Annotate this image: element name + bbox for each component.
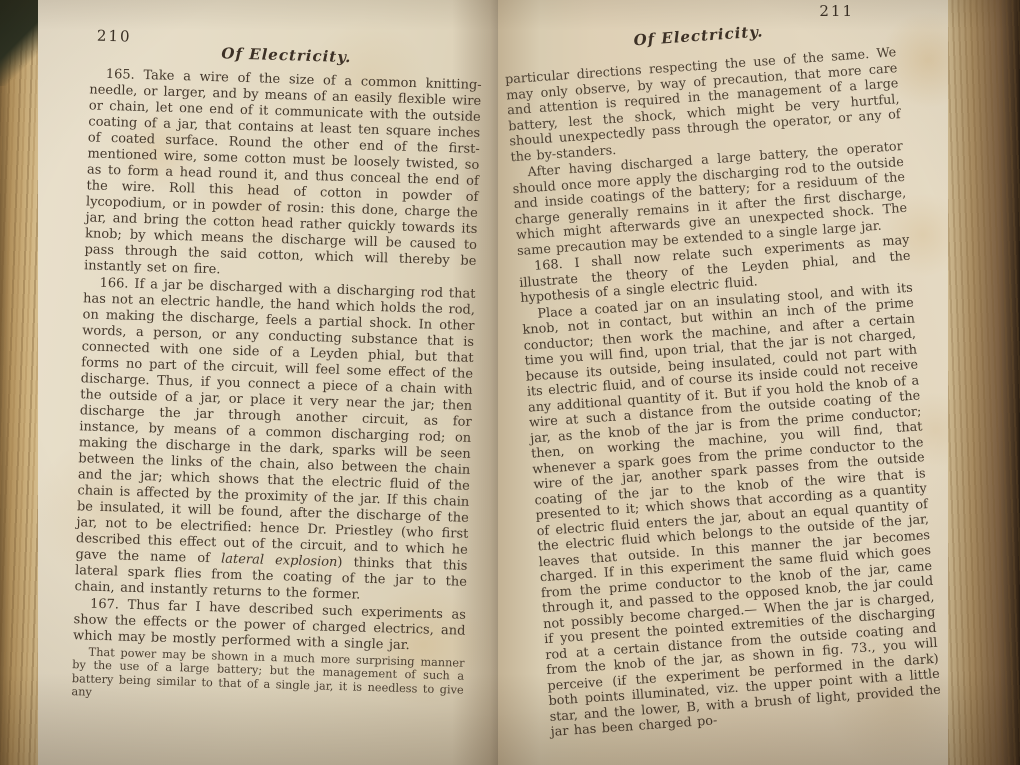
right-page: 211 Of Electricity. particular direction…	[498, 0, 950, 765]
left-page: 210 Of Electricity. 165. Take a wire of …	[38, 0, 498, 765]
paragraph-experiment: Place a coated jar on an insulating stoo…	[521, 280, 942, 740]
book-photo: 210 Of Electricity. 165. Take a wire of …	[0, 0, 1020, 765]
right-page-number: 211	[819, 2, 854, 20]
left-running-head: Of Electricity.	[90, 40, 482, 70]
right-page-text: particular directions respecting the use…	[505, 45, 943, 740]
left-page-text: 165. Take a wire of the size of a common…	[71, 66, 482, 710]
paragraph-166: 166. If a jar be discharged with a disch…	[74, 275, 475, 606]
right-page-edges	[948, 0, 1020, 765]
footnote-paragraph: That power may be shown in a much more s…	[71, 645, 464, 710]
paragraph-166-text: 166. If a jar be discharged with a disch…	[75, 276, 475, 567]
paragraph-165: 165. Take a wire of the size of a common…	[84, 66, 482, 286]
